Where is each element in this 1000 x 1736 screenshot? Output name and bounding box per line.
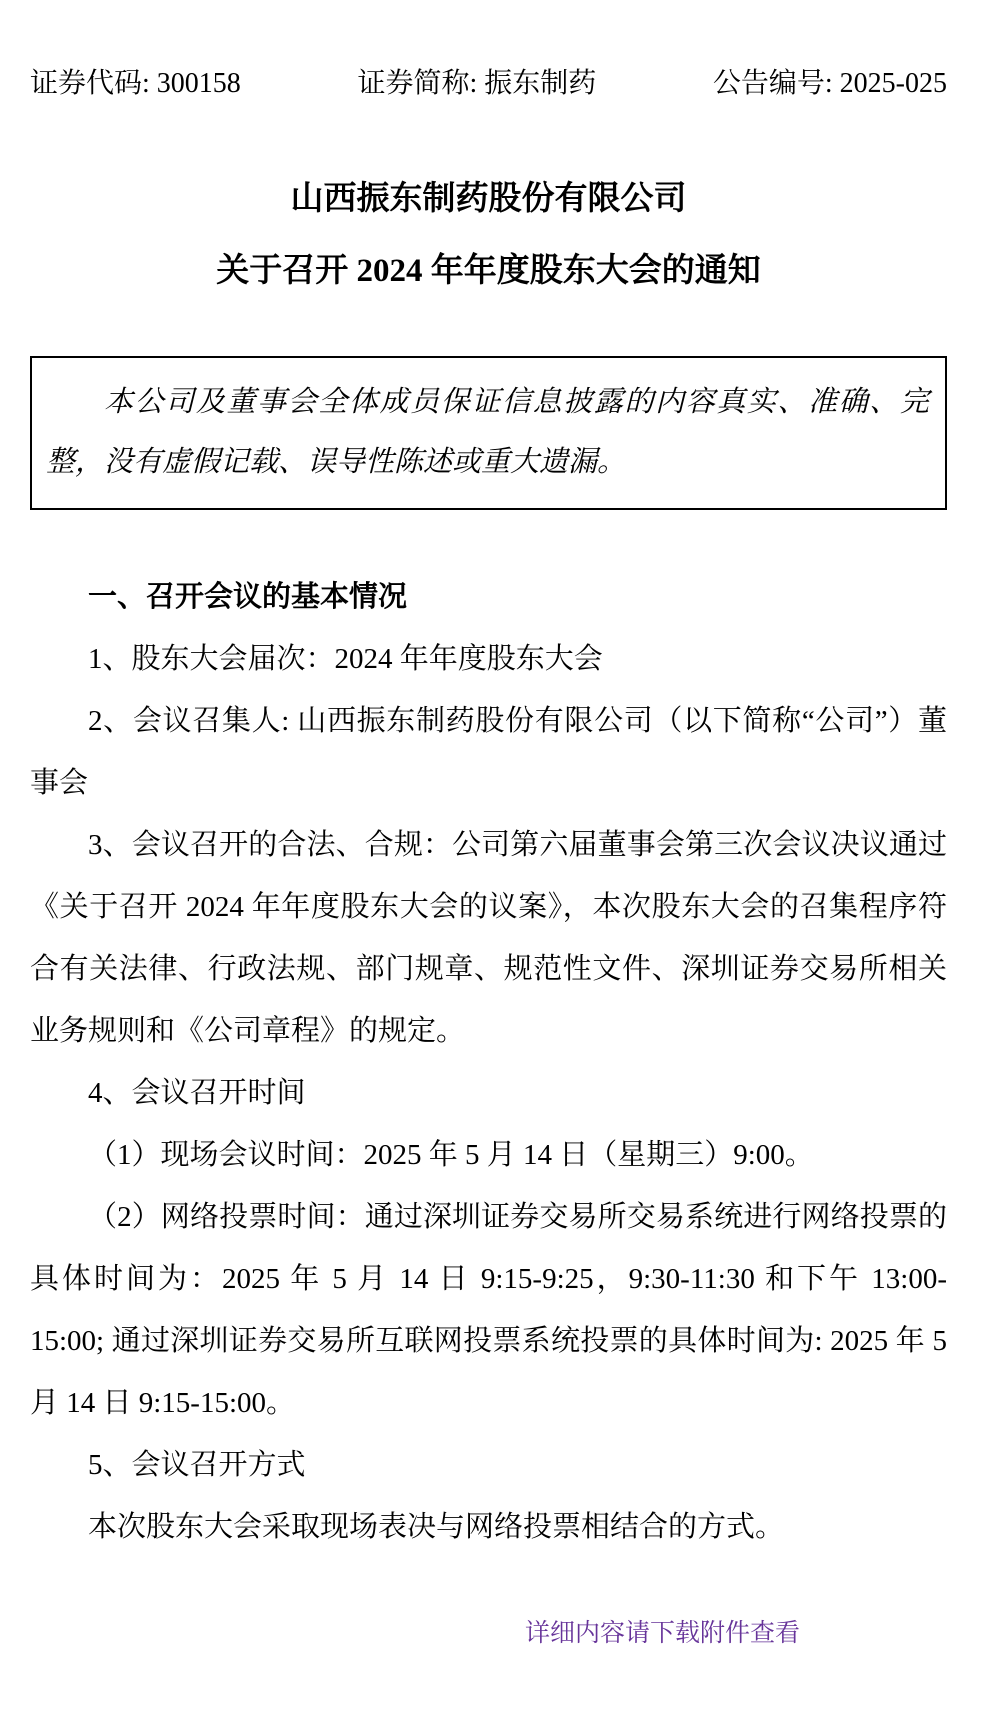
paragraph-meeting-time-heading: 4、会议召开时间	[30, 1062, 947, 1124]
stock-abbr-text: 证券简称: 振东制药	[357, 64, 596, 104]
disclaimer-text: 本公司及董事会全体成员保证信息披露的内容真实、准确、完整，没有虚假记载、误导性陈…	[46, 372, 929, 492]
section-heading-basic-info: 一、召开会议的基本情况	[30, 566, 947, 628]
disclaimer-box: 本公司及董事会全体成员保证信息披露的内容真实、准确、完整，没有虚假记载、误导性陈…	[30, 356, 947, 510]
document-body: 1、股东大会届次：2024 年年度股东大会 2、会议召集人: 山西振东制药股份有…	[30, 628, 947, 1558]
announcement-document: 证券代码: 300158 证券简称: 振东制药 公告编号: 2025-025 山…	[0, 0, 1000, 1650]
document-header: 证券代码: 300158 证券简称: 振东制药 公告编号: 2025-025	[30, 64, 947, 104]
company-name-title: 山西振东制药股份有限公司	[30, 176, 947, 222]
notice-title: 关于召开 2024 年年度股东大会的通知	[30, 248, 947, 294]
announcement-number-text: 公告编号: 2025-025	[713, 64, 947, 104]
paragraph-onsite-time: （1）现场会议时间：2025 年 5 月 14 日（星期三）9:00。	[30, 1124, 947, 1186]
paragraph-meeting-method-heading: 5、会议召开方式	[30, 1434, 947, 1496]
attachment-download-link[interactable]: 详细内容请下载附件查看	[525, 1616, 800, 1650]
paragraph-convener: 2、会议召集人: 山西振东制药股份有限公司（以下简称“公司”）董事会	[30, 690, 947, 814]
stock-code-text: 证券代码: 300158	[30, 64, 241, 104]
paragraph-legality: 3、会议召开的合法、合规：公司第六届董事会第三次会议决议通过《关于召开 2024…	[30, 814, 947, 1062]
paragraph-meeting-method: 本次股东大会采取现场表决与网络投票相结合的方式。	[30, 1496, 947, 1558]
paragraph-meeting-session: 1、股东大会届次：2024 年年度股东大会	[30, 628, 947, 690]
attachment-row: 详细内容请下载附件查看	[30, 1616, 947, 1650]
paragraph-online-voting-time: （2）网络投票时间：通过深圳证券交易所交易系统进行网络投票的具体时间为：2025…	[30, 1186, 947, 1434]
